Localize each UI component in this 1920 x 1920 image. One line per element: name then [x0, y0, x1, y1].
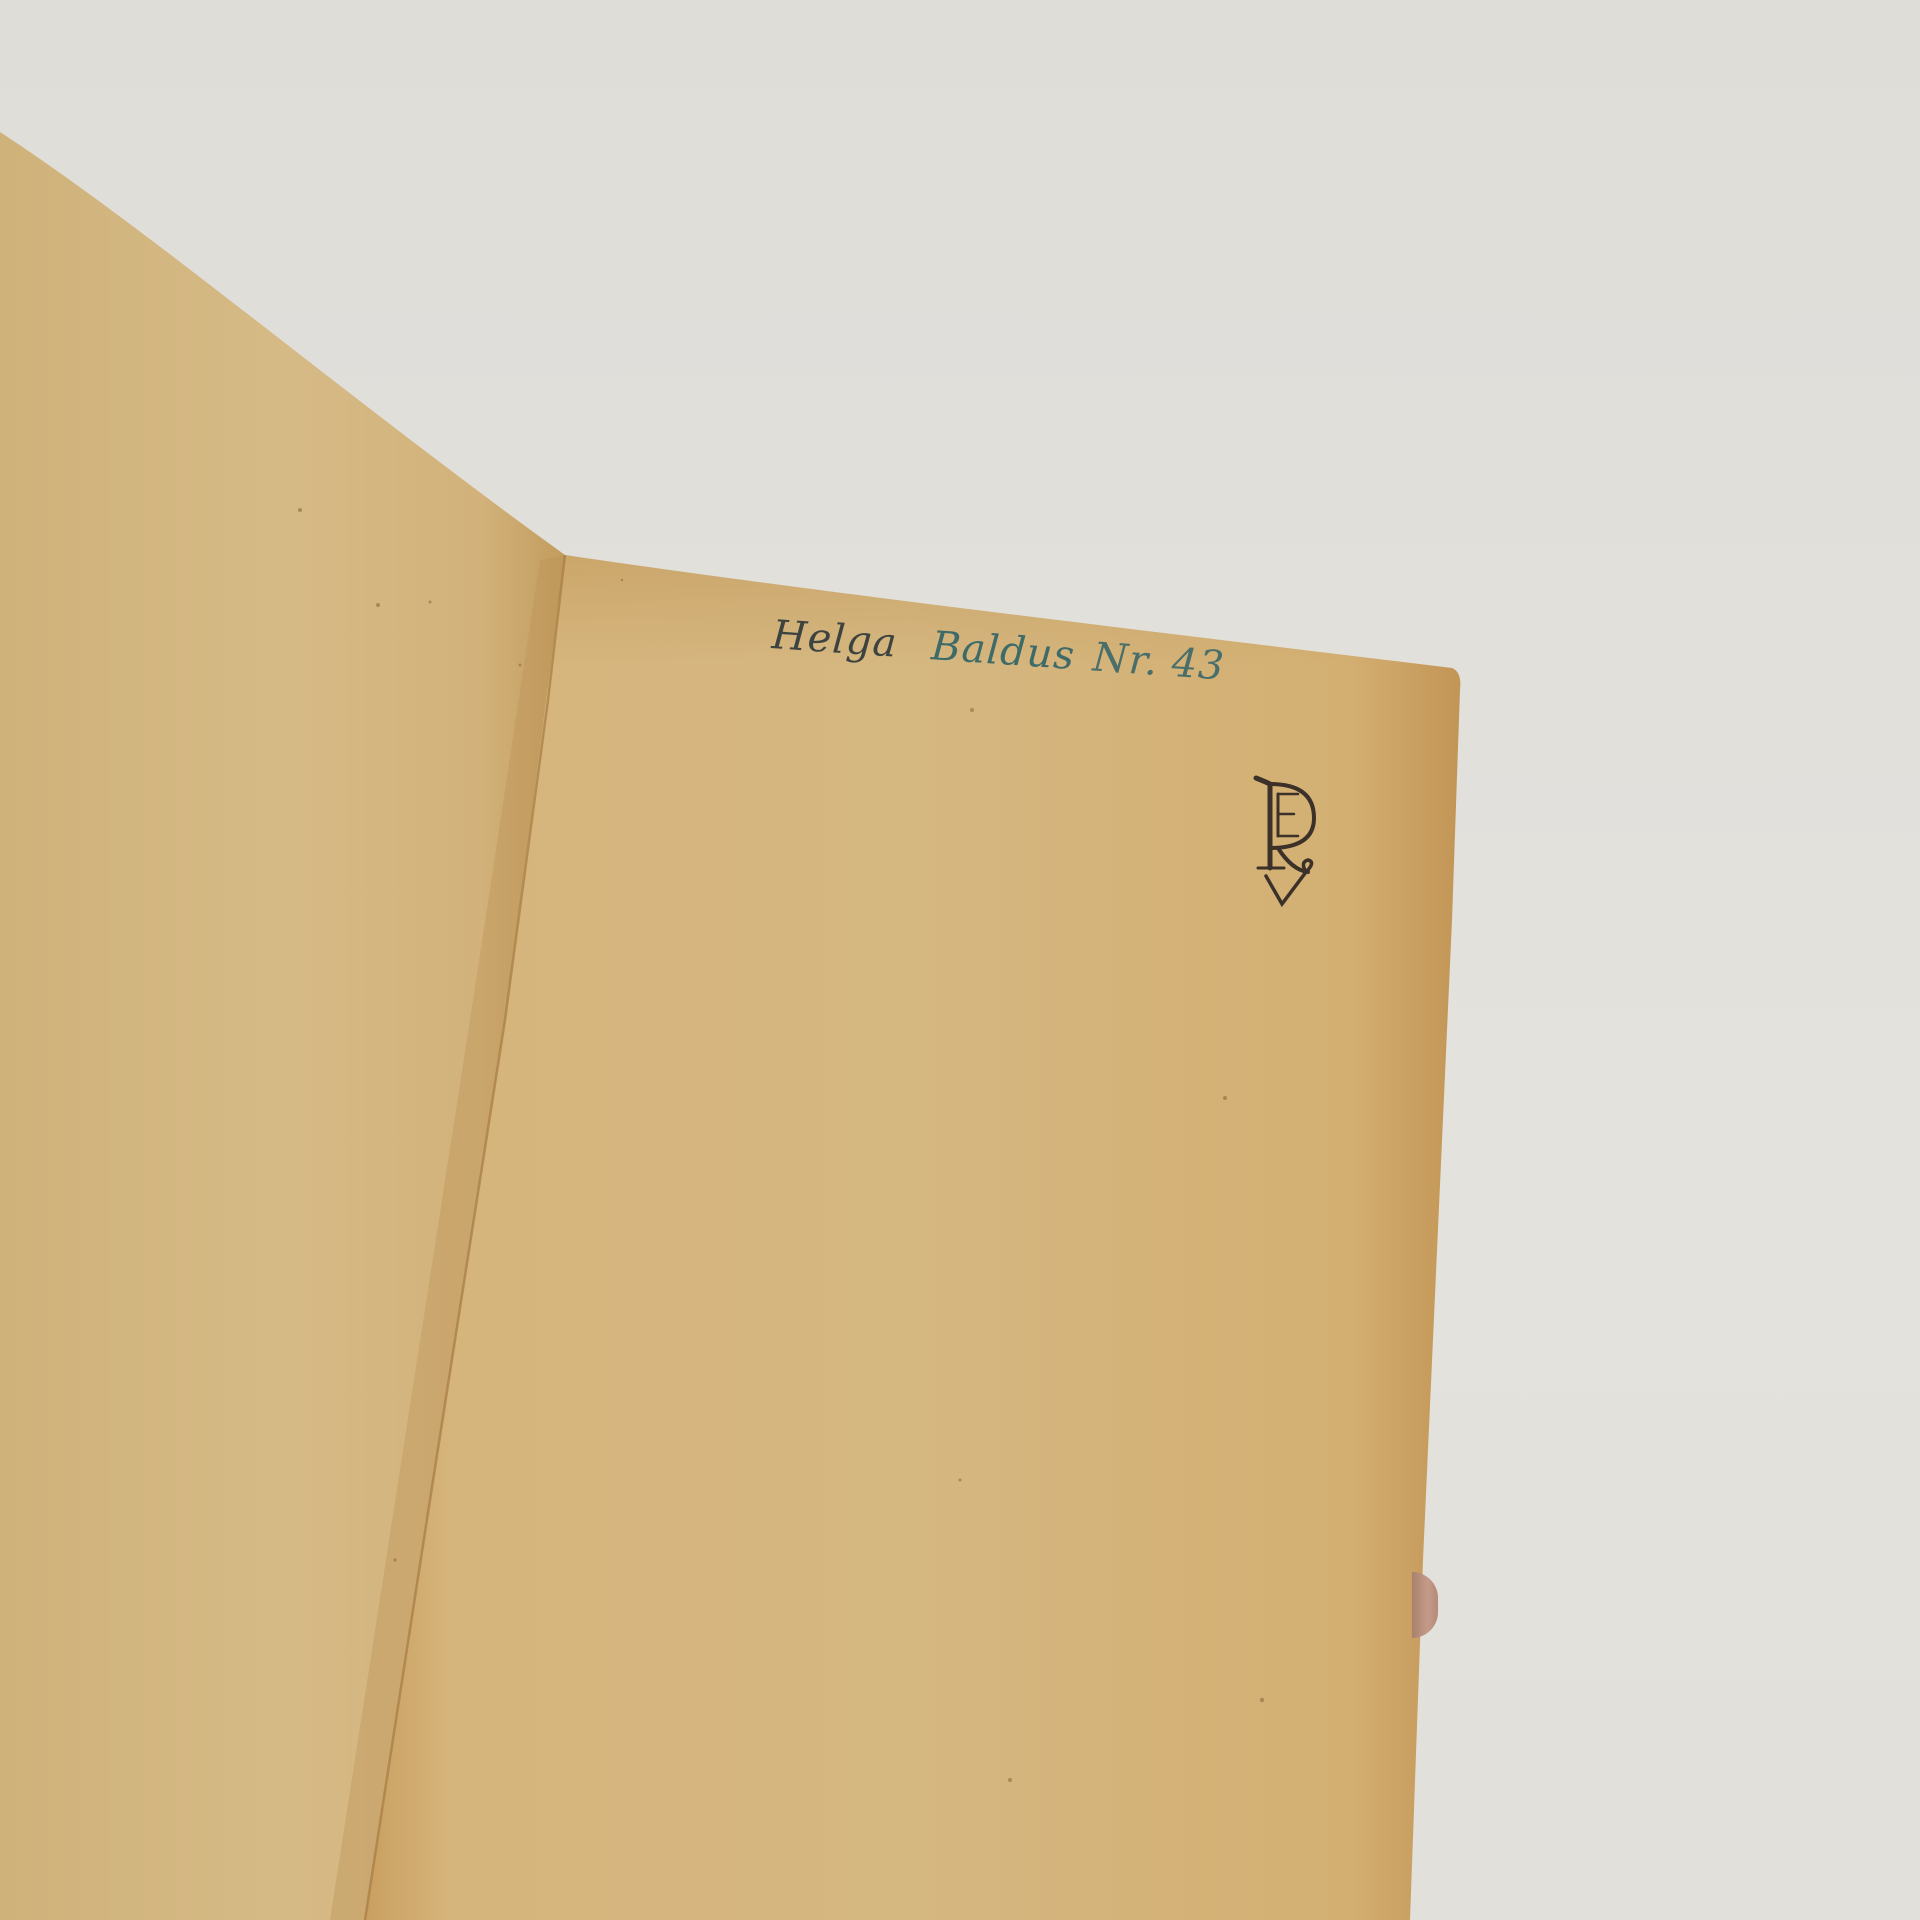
inscription-number: Nr. 43	[1091, 635, 1226, 690]
book-photo: HelgaBaldusNr. 43	[0, 0, 1920, 1920]
inscription-first-name: Helga	[770, 612, 899, 667]
open-book	[0, 0, 1920, 1920]
publisher-monogram-icon	[1248, 772, 1328, 912]
